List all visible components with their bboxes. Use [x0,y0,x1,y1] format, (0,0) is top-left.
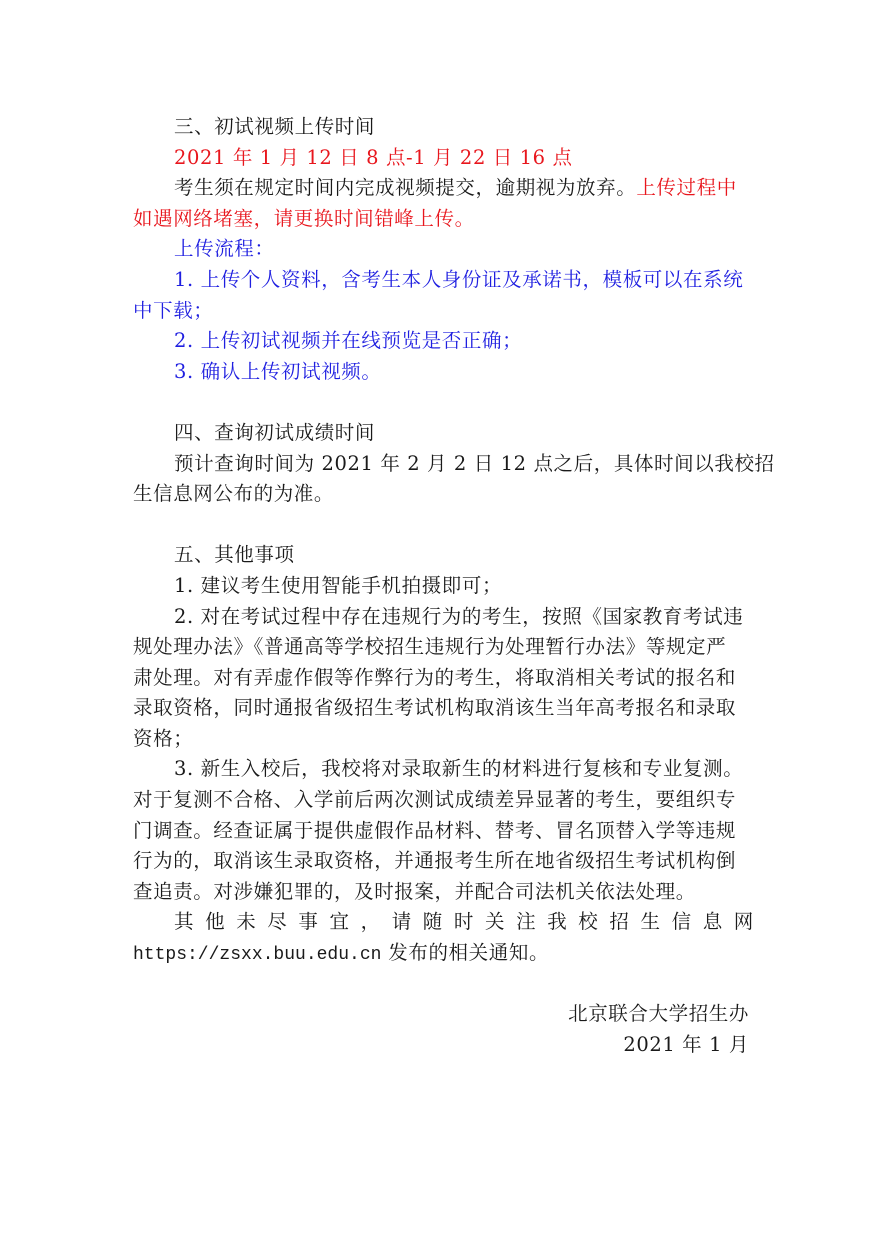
section5-heading: 五、其他事项 [133,540,749,571]
other-item-3-line1: 3. 新生入校后，我校将对录取新生的材料进行复核和专业复测。 [133,754,749,785]
other-item-2-line3: 肃处理。对有弄虚作假等作弊行为的考生，将取消相关考试的报名和 [133,663,749,694]
upload-notice-red: 上传过程中 [636,176,737,199]
upload-notice-line1: 考生须在规定时间内完成视频提交，逾期视为放弃。上传过程中 [133,173,749,204]
other-item-3-line4: 行为的，取消该生录取资格，并通报考生所在地省级招生考试机构倒 [133,846,749,877]
upload-flow-item-3: 3. 确认上传初试视频。 [133,357,749,388]
closing-line2-tail: 发布的相关通知。 [381,941,549,964]
signature-org: 北京联合大学招生办 [133,999,749,1030]
other-item-2-line5: 资格； [133,724,749,755]
upload-flow-item-1: 1. 上传个人资料，含考生本人身份证及承诺书，模板可以在系统 [133,265,749,296]
upload-flow-title: 上传流程： [133,234,749,265]
other-item-1: 1. 建议考生使用智能手机拍摄即可； [133,571,749,602]
admissions-url-link[interactable]: https://zsxx.buu.edu.cn [133,945,381,965]
upload-flow-item-2: 2. 上传初试视频并在线预览是否正确； [133,326,749,357]
other-item-3-line5: 查追责。对涉嫌犯罪的，及时报案，并配合司法机关依法处理。 [133,877,749,908]
closing-line1: 其他未尽事宜，请随时关注我校招生信息网 [133,907,749,938]
spacer [133,969,749,1000]
other-item-3-line3: 门调查。经查证属于提供虚假作品材料、替考、冒名顶替入学等违规 [133,816,749,847]
spacer [133,387,749,418]
other-item-2-line1: 2. 对在考试过程中存在违规行为的考生，按照《国家教育考试违 [133,602,749,633]
section3-heading: 三、初试视频上传时间 [133,112,749,143]
signature-date: 2021 年 1 月 [133,1030,749,1061]
score-query-line1: 预计查询时间为 2021 年 2 月 2 日 12 点之后，具体时间以我校招 [133,449,749,480]
score-query-line2: 生信息网公布的为准。 [133,479,749,510]
upload-time-range: 2021 年 1 月 12 日 8 点-1 月 22 日 16 点 [133,143,749,174]
upload-flow-item-1-cont: 中下载； [133,296,749,327]
closing-line2: https://zsxx.buu.edu.cn 发布的相关通知。 [133,938,749,969]
upload-notice-black: 考生须在规定时间内完成视频提交，逾期视为放弃。 [174,176,636,199]
other-item-3-line2: 对于复测不合格、入学前后两次测试成绩差异显著的考生，要组织专 [133,785,749,816]
other-item-2-line2: 规处理办法》《普通高等学校招生违规行为处理暂行办法》等规定严 [133,632,749,663]
section4-heading: 四、查询初试成绩时间 [133,418,749,449]
upload-notice-line2: 如遇网络堵塞，请更换时间错峰上传。 [133,204,749,235]
spacer [133,510,749,541]
document-page: 三、初试视频上传时间 2021 年 1 月 12 日 8 点-1 月 22 日 … [133,112,749,1060]
other-item-2-line4: 录取资格，同时通报省级招生考试机构取消该生当年高考报名和录取 [133,693,749,724]
